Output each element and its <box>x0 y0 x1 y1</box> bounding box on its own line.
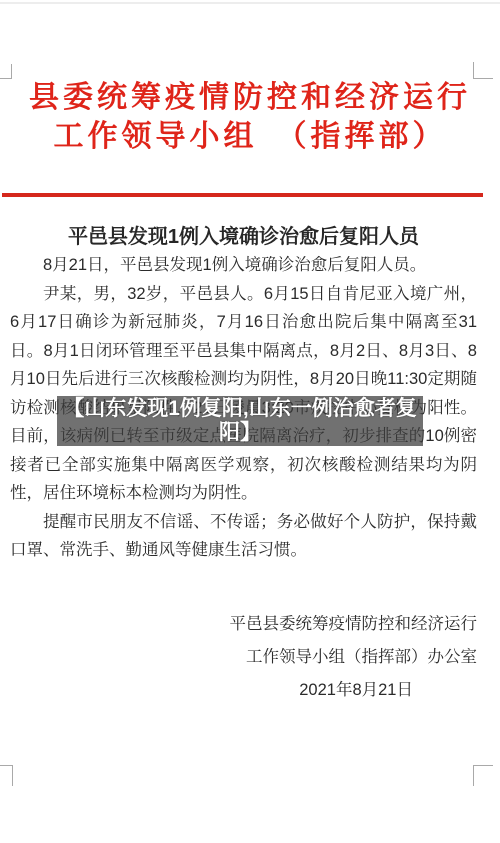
issuer-header-line1: 县委统筹疫情防控和经济运行 <box>0 78 500 117</box>
red-divider-rule <box>2 193 483 197</box>
top-divider <box>0 2 500 4</box>
notice-page: 县委统筹疫情防控和经济运行 工作领导小组 （指挥部） 平邑县发现1例入境确诊治愈… <box>0 0 500 843</box>
body-paragraph-1: 8月21日，平邑县发现1例入境确诊治愈后复阳人员。 <box>10 251 477 280</box>
watermark-caption-line2: 阳】 <box>57 421 423 445</box>
text-boundary-corner-mark-bottom-left <box>0 765 13 786</box>
watermark-caption-overlay: 【山东发现1例复阳,山东一例治愈者复 阳】 <box>57 396 423 446</box>
text-boundary-corner-mark-bottom-right <box>473 765 493 786</box>
notice-title: 平邑县发现1例入境确诊治愈后复阳人员 <box>10 220 477 249</box>
signature-issuer-line2: 工作领导小组（指挥部）办公室 <box>10 641 477 674</box>
body-paragraph-2: 尹某，男，32岁，平邑县人。6月15日自肯尼亚入境广州，6月17日确诊为新冠肺炎… <box>10 280 477 508</box>
signature-issuer-line1: 平邑县委统筹疫情防控和经济运行 <box>10 608 477 641</box>
text-boundary-corner-mark-top-left <box>0 64 12 79</box>
issuer-header: 县委统筹疫情防控和经济运行 工作领导小组 （指挥部） <box>0 78 500 156</box>
watermark-caption-line1: 【山东发现1例复阳,山东一例治愈者复 <box>57 397 423 421</box>
signature-block: 平邑县委统筹疫情防控和经济运行 工作领导小组（指挥部）办公室 2021年8月21… <box>10 608 477 707</box>
signature-date: 2021年8月21日 <box>10 674 477 707</box>
body-paragraph-3: 提醒市民朋友不信谣、不传谣；务必做好个人防护，保持戴口罩、常洗手、勤通风等健康生… <box>10 508 477 565</box>
issuer-header-line2: 工作领导小组 （指挥部） <box>0 117 500 156</box>
text-boundary-corner-mark-top-right <box>473 62 493 79</box>
